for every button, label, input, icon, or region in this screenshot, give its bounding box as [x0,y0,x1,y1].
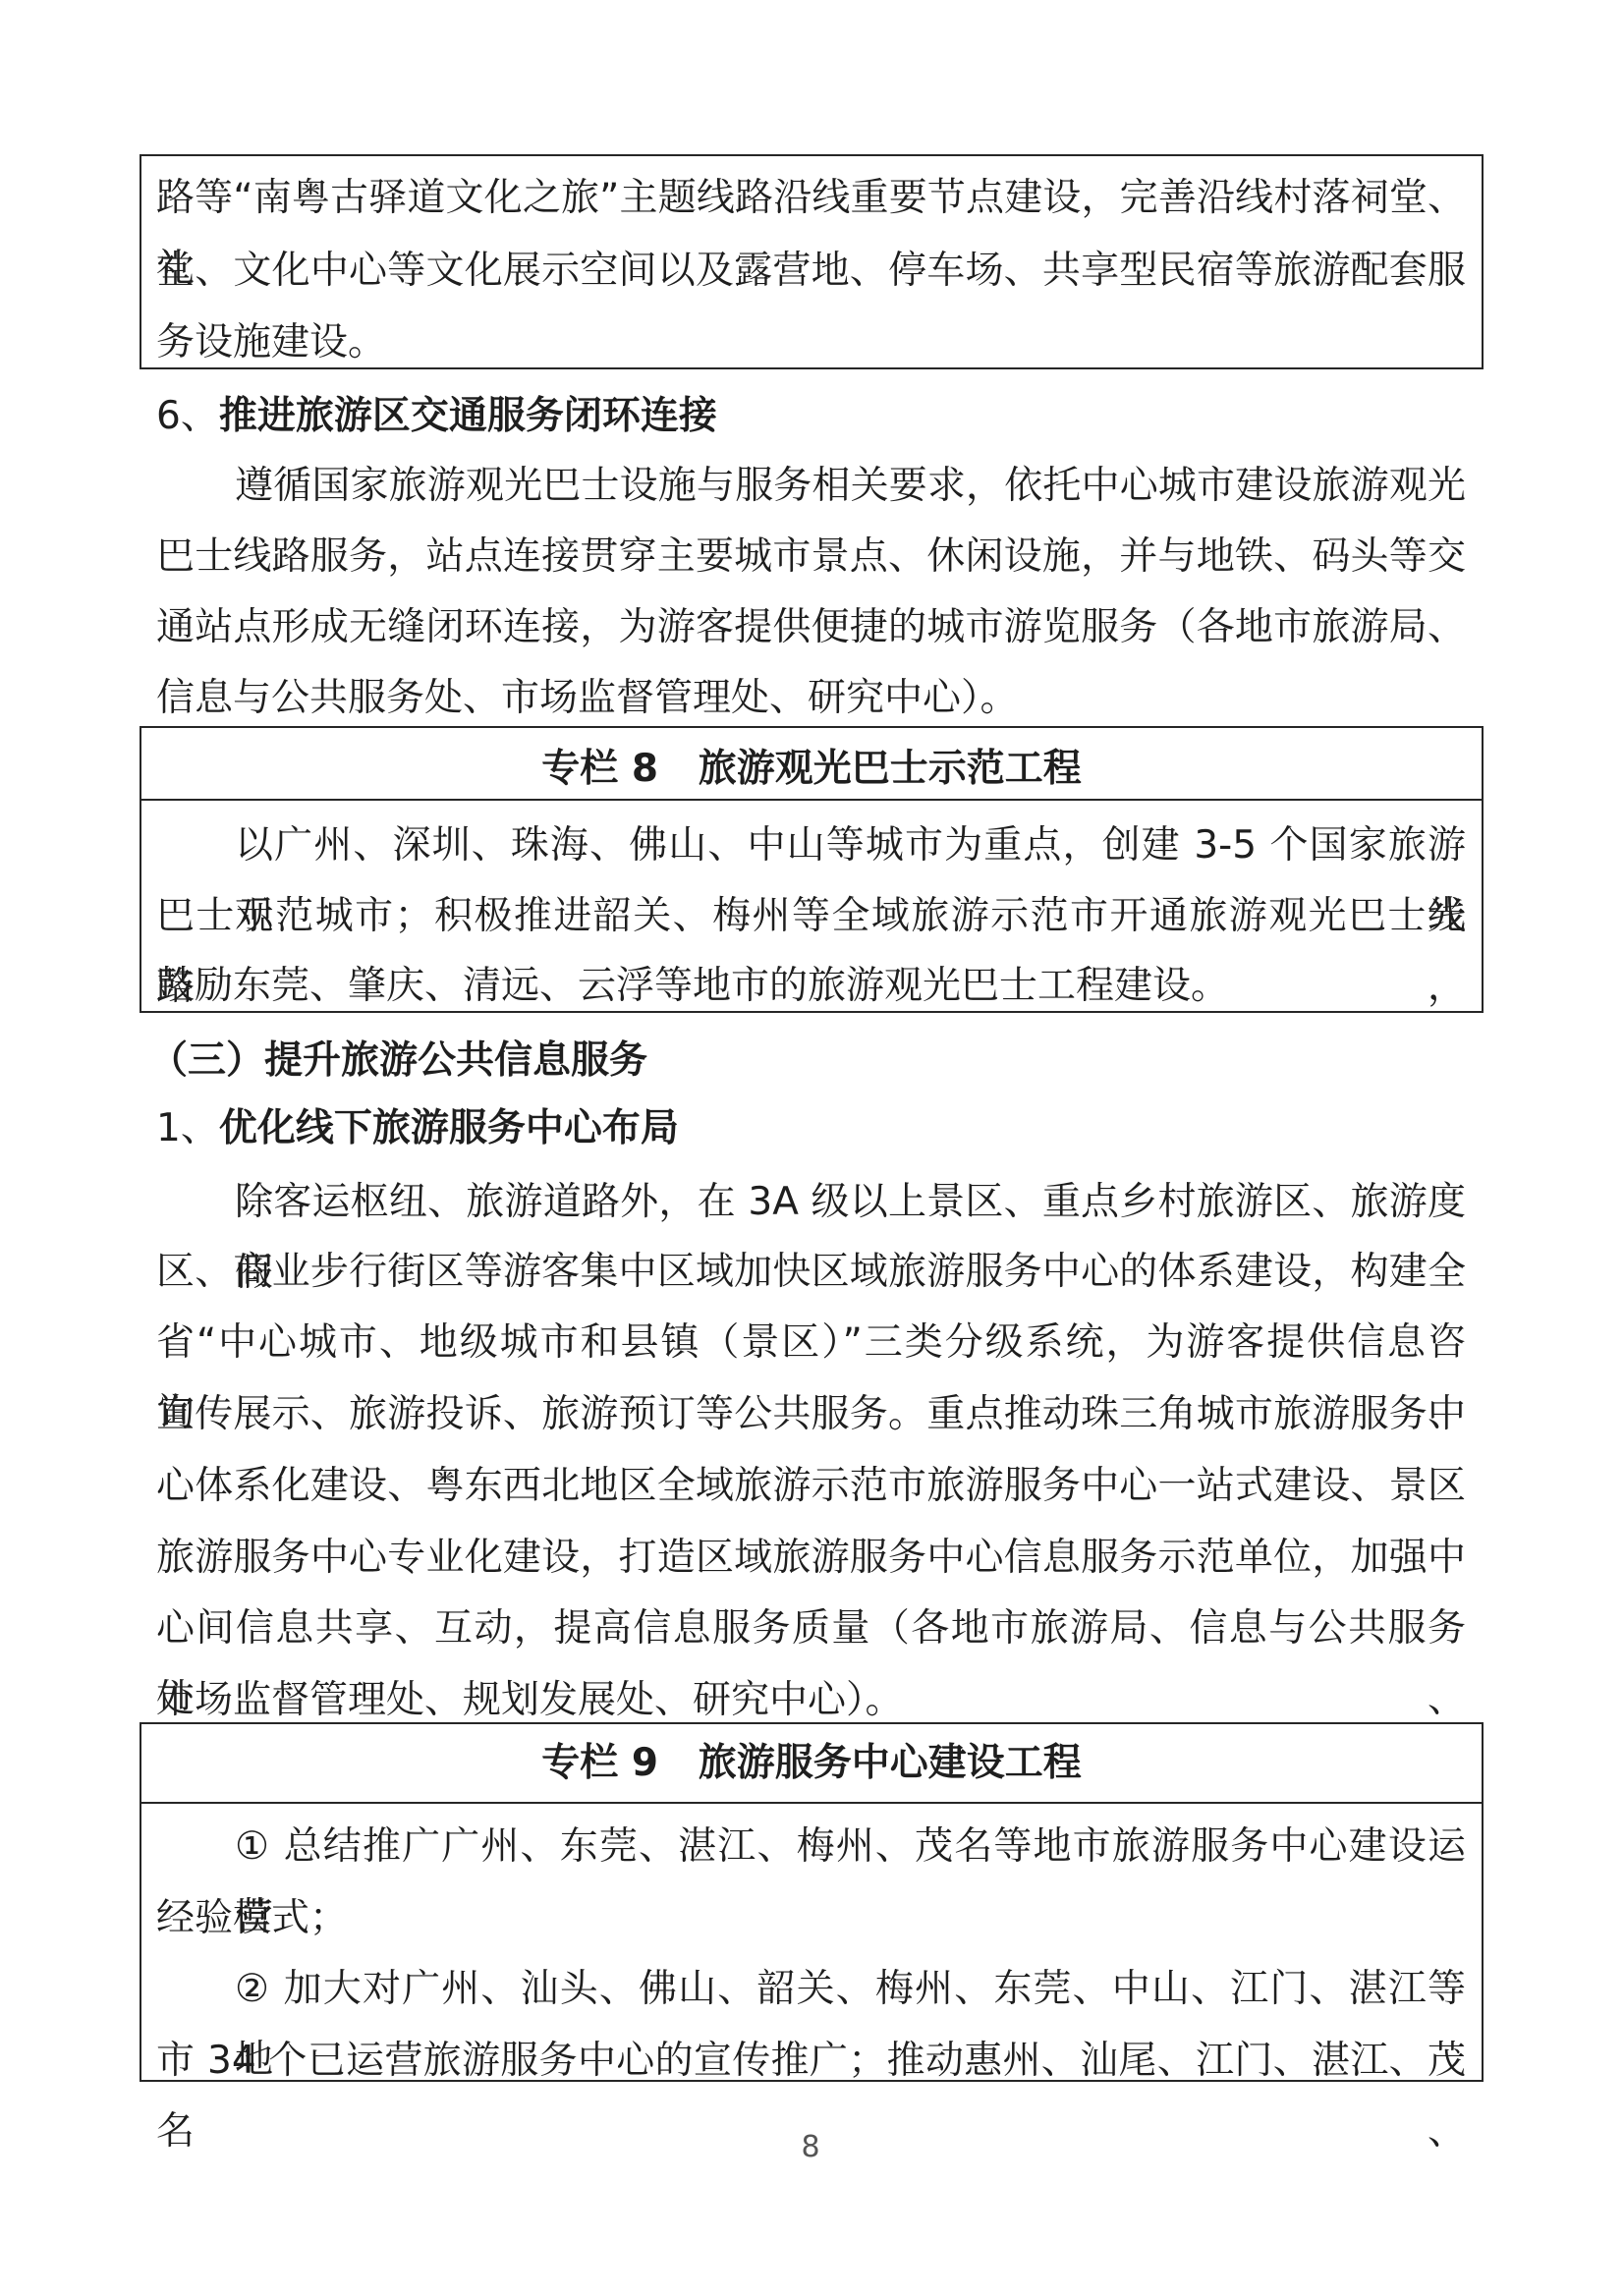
box-text-line: 以广州、深圳、珠海、佛山、中山等城市为重点，创建 3-5 个国家旅游观光 [156,811,1466,881]
paragraph-line: 省“中心城市、地级城市和县镇（景区）”三类分级系统，为游客提供信息咨询、 [156,1308,1466,1378]
section-heading-1: 1、优化线下旅游服务中心布局 [156,1093,1466,1164]
paragraph-line: 通站点形成无缝闭环连接，为游客提供便捷的城市游览服务（各地市旅游局、 [156,592,1466,663]
section-number: 1、 [156,1106,219,1150]
box-text-line: 市 34 个已运营旅游服务中心的宣传推广；推动惠州、汕尾、江门、湛江、茂名、 [156,2026,1466,2097]
feature-box-9-title: 专栏 9 旅游服务中心建设工程 [140,1728,1484,1799]
box-text-line: 经验模式； [156,1883,1466,1954]
page-number: 8 [786,2128,835,2167]
box-text-line: ② 加大对广州、汕头、佛山、韶关、梅州、东莞、中山、江门、湛江等地 [156,1954,1466,2025]
section-heading-three: （三）提升旅游公共信息服务 [149,1026,1459,1096]
paragraph-line: 区、商业步行街区等游客集中区域加快区域旅游服务中心的体系建设，构建全 [156,1237,1466,1308]
paragraph-line: 遵循国家旅游观光巴士设施与服务相关要求，依托中心城市建设旅游观光 [156,451,1466,522]
feature-box-9-divider [140,1802,1484,1804]
section-title: 推进旅游区交通服务闭环连接 [219,394,717,438]
box-text-line: 鼓励东莞、肇庆、清远、云浮等地市的旅游观光巴士工程建设。 [156,951,1466,1022]
paragraph-line: 旅游服务中心专业化建设，打造区域旅游服务中心信息服务示范单位，加强中 [156,1523,1466,1594]
section-number: 6、 [156,394,219,438]
paragraph-line: 心体系化建设、粤东西北地区全域旅游示范市旅游服务中心一站式建设、景区 [156,1451,1466,1522]
paragraph-line: 除客运枢纽、旅游道路外，在 3A 级以上景区、重点乡村旅游区、旅游度假 [156,1167,1466,1238]
paragraph-line: 心间信息共享、互动，提高信息服务质量（各地市旅游局、信息与公共服务处、 [156,1594,1466,1664]
feature-box-8-divider [140,799,1484,801]
box-text-line: 堂、文化中心等文化展示空间以及露营地、停车场、共享型民宿等旅游配套服 [156,236,1466,307]
document-page: 路等“南粤古驿道文化之旅”主题线路沿线重要节点建设，完善沿线村落祠堂、礼 堂、文… [0,0,1624,2296]
section-heading-6: 6、推进旅游区交通服务闭环连接 [156,381,1466,452]
box-text-line: 务设施建设。 [156,308,1466,378]
box-text-line: 路等“南粤古驿道文化之旅”主题线路沿线重要节点建设，完善沿线村落祠堂、礼 [156,163,1466,234]
paragraph-line: 宣传展示、旅游投诉、旅游预订等公共服务。重点推动珠三角城市旅游服务中 [156,1379,1466,1450]
paragraph-line: 信息与公共服务处、市场监督管理处、研究中心）。 [156,663,1466,734]
feature-box-8-title: 专栏 8 旅游观光巴士示范工程 [140,734,1484,805]
paragraph-line: 巴士线路服务，站点连接贯穿主要城市景点、休闲设施，并与地铁、码头等交 [156,522,1466,592]
box-text-line: ① 总结推广广州、东莞、湛江、梅州、茂名等地市旅游服务中心建设运营 [156,1812,1466,1882]
section-title: 优化线下旅游服务中心布局 [219,1106,679,1150]
box-text-line: 巴士示范城市；积极推进韶关、梅州等全域旅游示范市开通旅游观光巴士线路， [156,881,1466,952]
